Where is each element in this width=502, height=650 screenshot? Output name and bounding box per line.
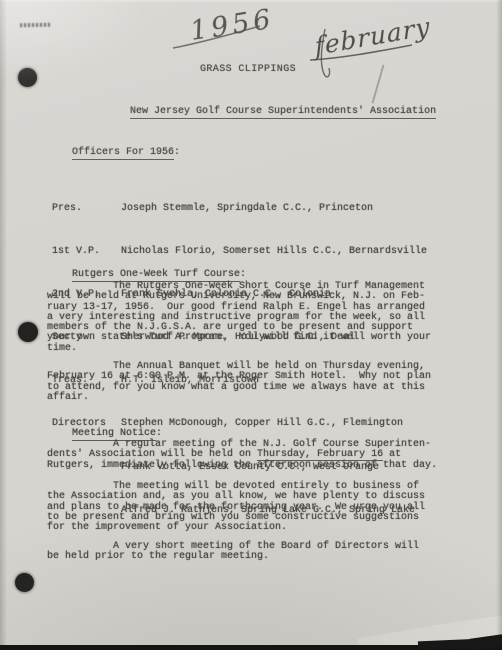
hole-punch-middle <box>18 322 38 342</box>
officer-title: 1st V.P. <box>52 247 121 257</box>
meeting-business-paragraph: The meeting will be devoted entirely to … <box>47 482 425 533</box>
handwritten-month: february <box>314 12 431 61</box>
board-meeting-paragraph: A very short meeting of the Board of Dir… <box>47 542 419 563</box>
typed-line: be held prior to the regular meeting. <box>47 552 419 562</box>
association-title-text: New Jersey Golf Course Superintendents' … <box>130 106 436 119</box>
newsletter-title: GRASS CLIPPINGS <box>200 64 296 75</box>
association-title: New Jersey Golf Course Superintendents' … <box>106 95 436 130</box>
officer-name: Stephen McDonough, Copper Hill G.C., Fle… <box>121 419 403 429</box>
officer-name: Nicholas Florio, Somerset Hills C.C., Be… <box>121 247 427 257</box>
officer-name: Joseph Stemmle, Springdale C.C., Princet… <box>121 204 373 214</box>
officers-heading-text: Officers For 1956 <box>72 147 174 160</box>
corner-stamp-marks <box>20 23 50 28</box>
typed-line: Rutgers, immediately following the after… <box>47 461 437 471</box>
typed-line: affair. <box>47 393 431 403</box>
hole-punch-top <box>18 68 37 87</box>
typed-line: time. <box>47 344 431 354</box>
officer-title: Pres. <box>52 204 121 214</box>
meeting-notice-heading-colon: : <box>156 428 162 439</box>
typed-line: your own state's Turf Program. You will … <box>47 333 431 343</box>
rutgers-course-paragraph: The Rutgers One-Week Short Course in Tur… <box>47 282 431 354</box>
scanned-newsletter-page: 1956 february GRASS CLIPPINGS New Jersey… <box>0 0 502 650</box>
officers-heading-colon: : <box>174 147 180 158</box>
officer-row: Pres. Joseph Stemmle, Springdale C.C., P… <box>52 204 427 214</box>
annual-banquet-paragraph: The Annual Banquet will be held on Thurs… <box>47 362 431 403</box>
hole-punch-bottom <box>15 573 34 592</box>
typed-line: for the improvement of your Association. <box>47 523 425 533</box>
rutgers-course-heading-colon: : <box>240 269 246 280</box>
officer-row: 1st V.P. Nicholas Florio, Somerset Hills… <box>52 247 427 257</box>
typed-line: to attend, for you know what a good time… <box>47 383 431 393</box>
handwritten-year: 1956 <box>188 4 277 48</box>
meeting-notice-paragraph: A regular meeting of the N.J. Golf Cours… <box>47 440 437 471</box>
